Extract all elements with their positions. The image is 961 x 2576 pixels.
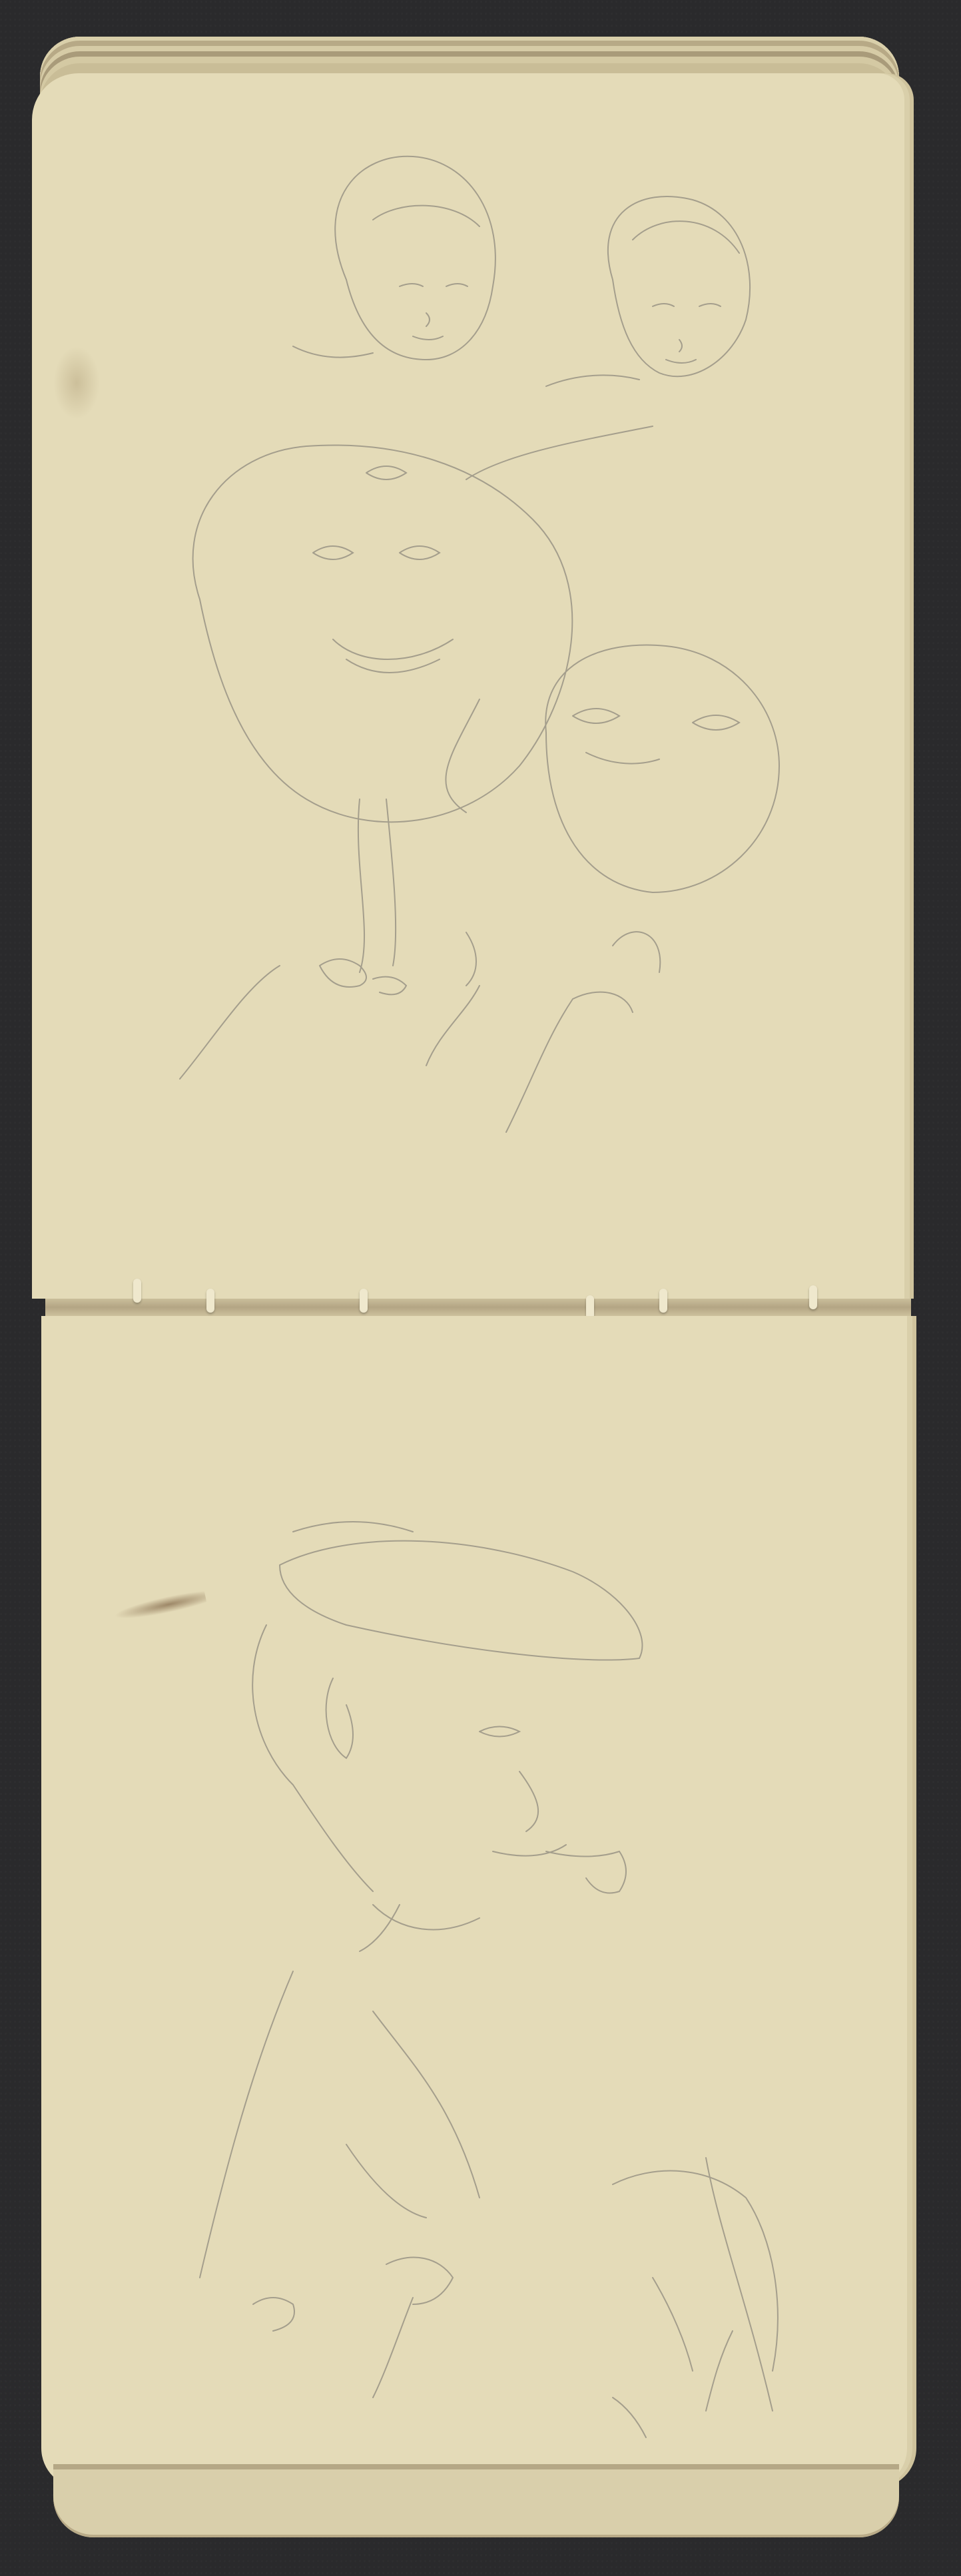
child-head-right-sketch (546, 196, 750, 386)
child-head-left-sketch (293, 157, 495, 360)
figure-shoulders-sketch (180, 799, 660, 1132)
torso-hands-sketch (200, 1971, 778, 2437)
second-face-sketch (545, 645, 779, 892)
pencil-sketches (0, 0, 961, 2576)
man-with-pipe-sketch (252, 1522, 642, 1951)
large-face-sketch (193, 426, 653, 822)
sketchbook (0, 0, 961, 2576)
